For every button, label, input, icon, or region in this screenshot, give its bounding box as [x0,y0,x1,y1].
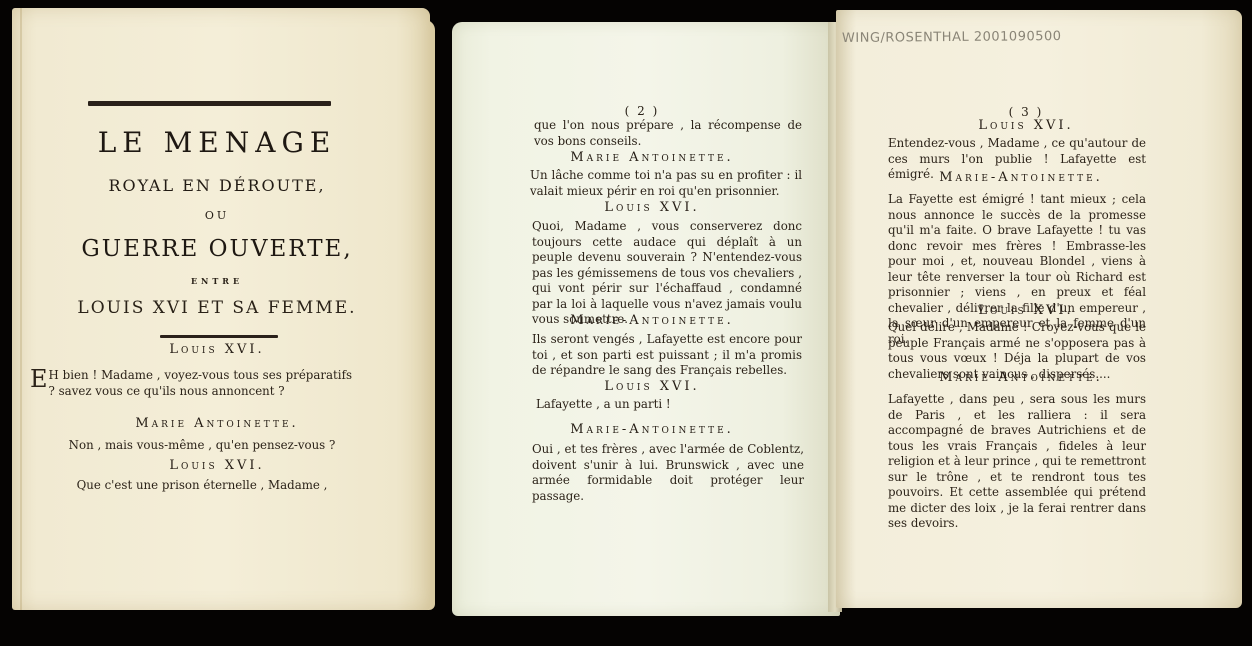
title-louis-xvi-et-sa-femme: LOUIS XVI ET SA FEMME. [40,298,394,318]
dialogue-paragraph: Oui , et tes frères , avec l'armée de Co… [532,442,804,504]
speaker-label: Louis XVI. [916,303,1136,318]
title-page: LE MENAGE ROYAL EN DÉROUTE, OU GUERRE OU… [12,8,430,610]
speaker-label: Louis XVI. [522,379,782,394]
page-number: ( 2 ) [552,104,732,118]
speaker-label: Louis XVI. [522,200,782,215]
dialogue-paragraph: Un lâche comme toi n'a pas su en profite… [530,168,802,199]
speaker-label: Marie-Antoinette. [522,313,782,328]
speaker-label: Louis XVI. [52,458,382,473]
page-number: ( 3 ) [926,105,1126,119]
title-royal-en-deroute: ROYAL EN DÉROUTE, [52,176,382,195]
divider-rule [160,335,278,338]
page-3: WING/ROSENTHAL 2001090500 ( 3 ) Louis XV… [836,10,1242,608]
dialogue-paragraph: que l'on nous prépare , la récompense de… [534,118,802,149]
speaker-label: Louis XVI. [52,342,382,357]
title-ou: OU [52,209,382,222]
dialogue-paragraph: EH bien ! Madame , voyez-vous tous ses p… [30,368,352,399]
top-rule [88,101,331,106]
speaker-label: Marie-Antoinette. [906,170,1136,185]
dialogue-paragraph: Ils seront vengés , Lafayette est encore… [532,332,802,379]
speaker-label: Marie-Antoinette. [906,370,1136,385]
catalog-pencil-note: WING/ROSENTHAL 2001090500 [842,29,1062,46]
dialogue-paragraph: Que c'est une prison éternelle , Madame … [32,478,372,494]
dialogue-paragraph: Lafayette , dans peu , sera sous les mur… [888,392,1146,532]
dialogue-paragraph: Quoi, Madame , vous conserverez donc tou… [532,219,802,328]
title-guerre-ouverte: GUERRE OUVERTE, [52,236,382,262]
dialogue-paragraph: Non , mais vous-même , qu'en pensez-vous… [32,438,372,454]
title-entre: ENTRE [52,276,382,286]
dialogue-paragraph: Lafayette , a un parti ! [536,397,802,413]
drop-cap: E [30,369,48,389]
page-2: ( 2 ) que l'on nous prépare , la récompe… [452,22,840,616]
speaker-label: Louis XVI. [926,118,1126,133]
speaker-label: Marie Antoinette. [522,150,782,165]
title-le-menage: LE MENAGE [52,126,382,159]
speaker-label: Marie-Antoinette. [522,422,782,437]
speaker-label: Marie Antoinette. [52,416,382,431]
